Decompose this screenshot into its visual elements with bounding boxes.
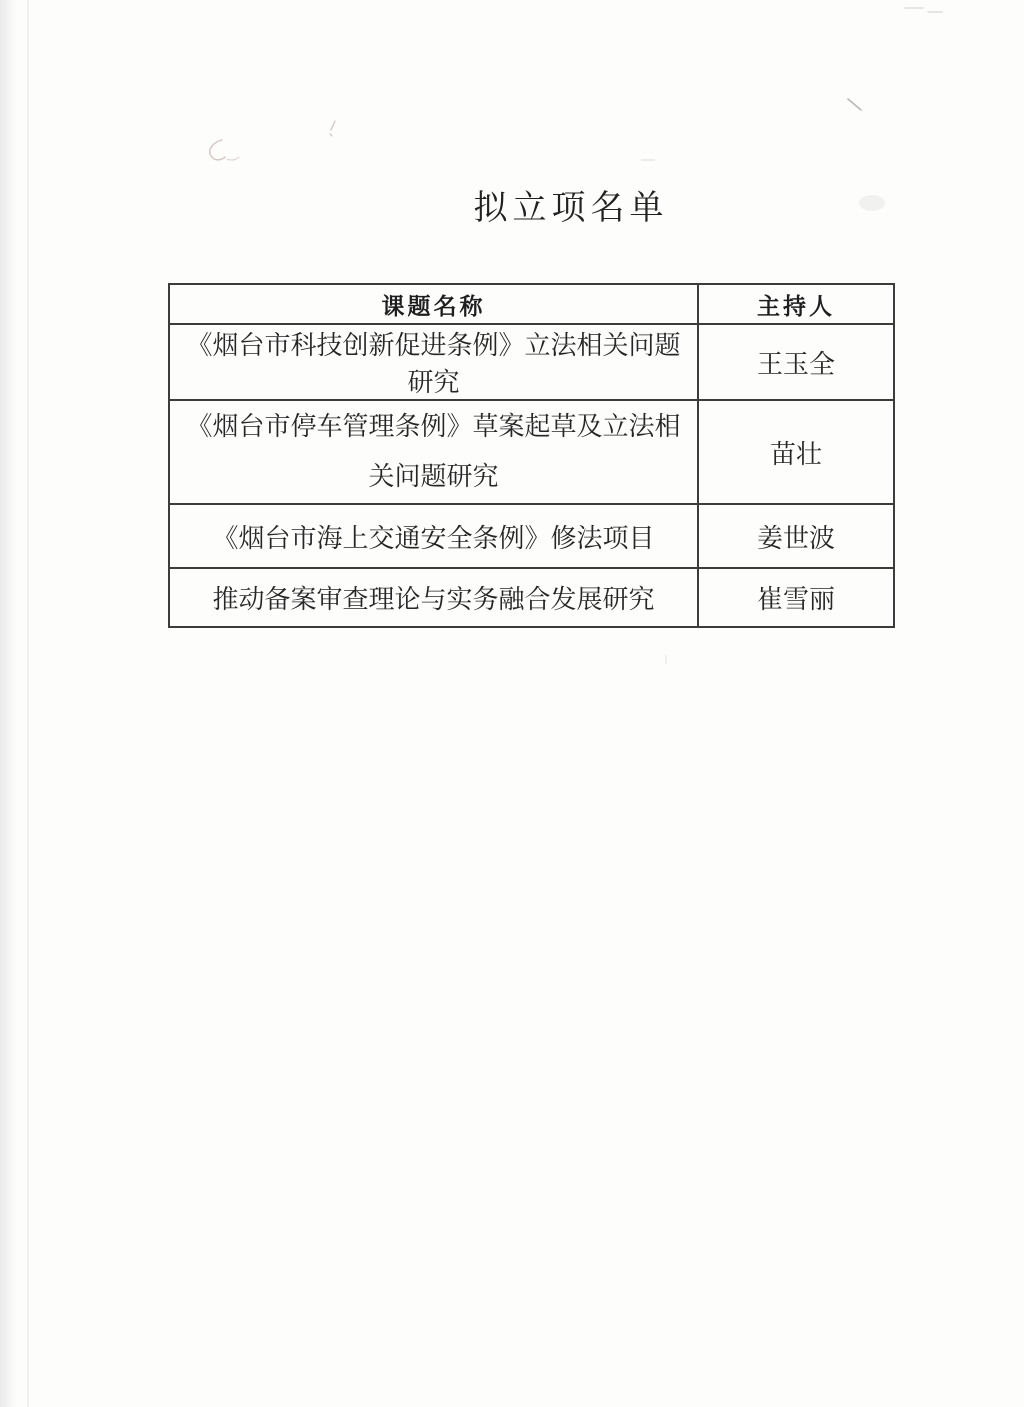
scan-edge-shadow	[0, 0, 16, 1407]
table-row: 《烟台市科技创新促进条例》立法相关问题研究 王玉全	[169, 324, 894, 400]
topic-text: 推动备案审查理论与实务融合发展研究	[212, 579, 654, 616]
host-text: 姜世波	[757, 518, 835, 555]
topic-text: 《烟台市停车管理条例》草案起草及立法相 关问题研究	[186, 402, 680, 502]
host-cell: 王玉全	[698, 324, 894, 400]
topic-text: 《烟台市科技创新促进条例》立法相关问题研究	[180, 325, 687, 399]
page-title: 拟立项名单	[474, 180, 669, 229]
host-cell: 苗壮	[698, 400, 894, 504]
topic-cell: 《烟台市科技创新促进条例》立法相关问题研究	[169, 324, 698, 400]
topic-cell: 《烟台市停车管理条例》草案起草及立法相 关问题研究	[169, 400, 698, 504]
topic-column-header: 课题名称	[169, 284, 698, 324]
pencil-mark-tail	[227, 157, 239, 160]
host-cell: 姜世波	[698, 504, 894, 568]
pencil-mark-curve	[210, 140, 225, 160]
gray-smudge	[859, 195, 885, 211]
host-cell: 崔雪丽	[698, 568, 894, 627]
header-row: 课题名称 主持人	[169, 284, 894, 324]
scanned-document-page: 拟立项名单 课题名称 主持人 《烟台市科技创新促进条例》立法相关问题研究 王玉全…	[0, 0, 1024, 1407]
table-row: 《烟台市海上交通安全条例》修法项目 姜世波	[169, 504, 894, 568]
host-text: 王玉全	[757, 344, 835, 381]
host-column-header: 主持人	[698, 284, 894, 324]
host-text: 苗壮	[770, 434, 822, 471]
table-row: 《烟台市停车管理条例》草案起草及立法相 关问题研究 苗壮	[169, 400, 894, 504]
table-header: 课题名称 主持人	[169, 284, 894, 324]
top-edge-smudge	[905, 8, 942, 12]
topic-text: 《烟台市海上交通安全条例》修法项目	[212, 518, 654, 555]
host-text: 崔雪丽	[757, 579, 835, 616]
table-row: 推动备案审查理论与实务融合发展研究 崔雪丽	[169, 568, 894, 627]
diagonal-mark	[848, 99, 861, 110]
tick-mark	[330, 121, 335, 136]
topic-cell: 《烟台市海上交通安全条例》修法项目	[169, 504, 698, 568]
scan-edge-line	[27, 0, 29, 1407]
project-list-table: 课题名称 主持人 《烟台市科技创新促进条例》立法相关问题研究 王玉全 《烟台市停…	[168, 283, 895, 628]
topic-cell: 推动备案审查理论与实务融合发展研究	[169, 568, 698, 627]
